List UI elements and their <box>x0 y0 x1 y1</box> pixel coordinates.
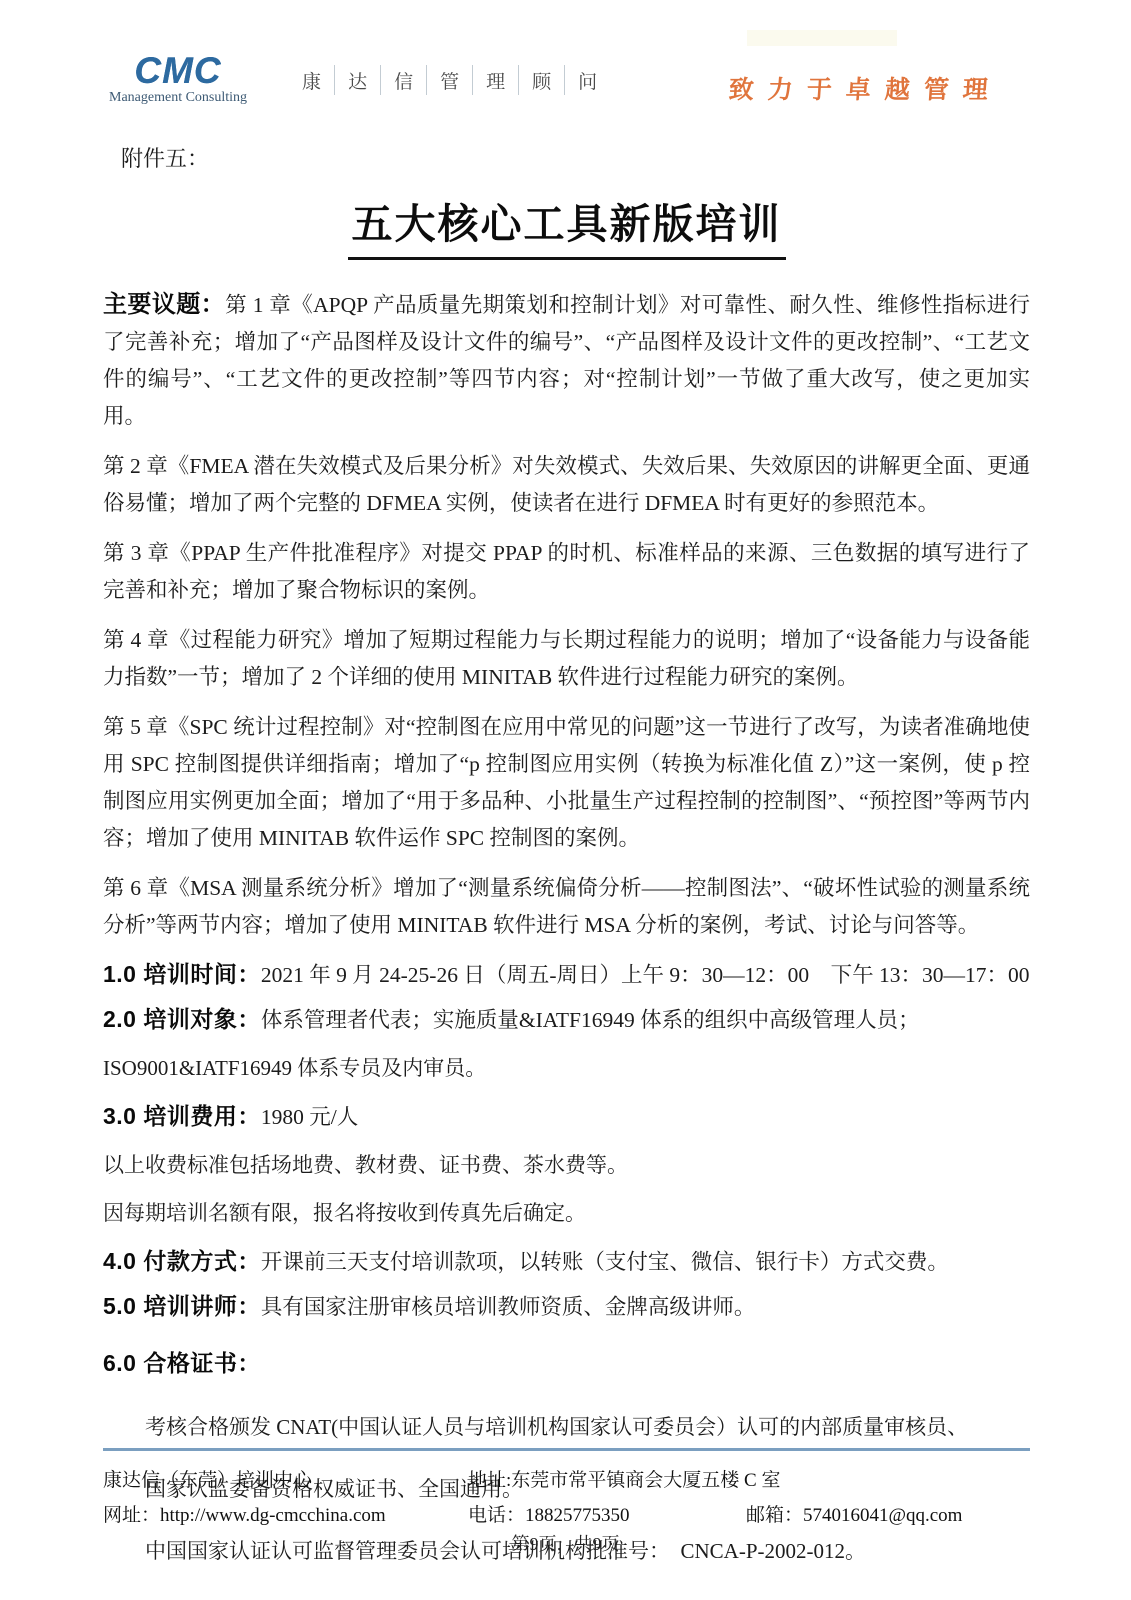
section-fee-sub-1: 以上收费标准包括场地费、教材费、证书费、茶水费等。 <box>103 1148 1030 1182</box>
cmc-logo-text: CMC <box>134 54 221 88</box>
footer-center-name: 康达信（东莞）培训中心 <box>103 1465 468 1492</box>
paragraph-chapter-5: 第 5 章《SPC 统计过程控制》对“控制图在应用中常见的问题”这一节进行了改写… <box>103 709 1030 857</box>
section-fee-sub-2: 因每期培训名额有限，报名将按收到传真先后确定。 <box>103 1196 1030 1230</box>
section-text: 2021 年 9 月 24-25-26 日（周五-周日）上午 9：30—12：0… <box>261 963 1030 987</box>
section-label: 4.0 付款方式： <box>103 1248 261 1274</box>
document-page: CMC Management Consulting 康达信管理顾问 致力于卓越管… <box>0 0 1131 1600</box>
cream-highlight-strip <box>747 30 897 46</box>
paragraph-chapter-2: 第 2 章《FMEA 潜在失效模式及后果分析》对失效模式、失效后果、失效原因的讲… <box>103 448 1030 522</box>
paragraph-main-topics: 主要议题：第 1 章《APQP 产品质量先期策划和控制计划》对可靠性、耐久性、维… <box>103 286 1030 435</box>
section-text: 具有国家注册审核员培训教师资质、金牌高级讲师。 <box>261 1295 756 1319</box>
brand-char: 管 <box>427 67 472 94</box>
brand-name: 康达信管理顾问 <box>289 65 610 95</box>
section-label: 6.0 合格证书： <box>103 1350 261 1376</box>
section-training-audience: 2.0 培训对象：体系管理者代表；实施质量&IATF16949 体系的组织中高级… <box>103 1002 1030 1037</box>
cmc-logo-subtitle: Management Consulting <box>109 90 247 106</box>
section-audience-sub: ISO9001&IATF16949 体系专员及内审员。 <box>103 1051 1030 1085</box>
footer-divider <box>103 1448 1030 1451</box>
brand-char: 信 <box>381 67 426 94</box>
paragraph-text: 第 2 章《FMEA 潜在失效模式及后果分析》对失效模式、失效后果、失效原因的讲… <box>103 454 1030 515</box>
section-label: 5.0 培训讲师： <box>103 1293 261 1319</box>
slogan-area: 致力于卓越管理 <box>729 42 1002 106</box>
paragraph-chapter-3: 第 3 章《PPAP 生产件批准程序》对提交 PPAP 的时机、标准样品的来源、… <box>103 535 1030 609</box>
page-header: CMC Management Consulting 康达信管理顾问 致力于卓越管… <box>103 42 1030 118</box>
brand-char: 理 <box>473 67 518 94</box>
section-training-fee: 3.0 培训费用：1980 元/人 <box>103 1099 1030 1134</box>
section-text: 体系管理者代表；实施质量&IATF16949 体系的组织中高级管理人员； <box>261 1008 920 1032</box>
cmc-logo: CMC Management Consulting <box>109 54 247 106</box>
page-footer: 康达信（东莞）培训中心 地址:东莞市常平镇商会大厦五楼 C 室 网址：http:… <box>103 1448 1030 1527</box>
section-label: 1.0 培训时间： <box>103 961 261 987</box>
section-label: 3.0 培训费用： <box>103 1103 261 1129</box>
page-number: 第9页，共9页 <box>0 1530 1131 1556</box>
brand-char: 达 <box>335 67 380 94</box>
section-certificate: 6.0 合格证书： <box>103 1346 1030 1381</box>
certificate-sub-1: 考核合格颁发 CNAT(中国认证人员与培训机构国家认可委员会）认可的内部质量审核… <box>145 1411 1030 1443</box>
footer-website: 网址：http://www.dg-cmcchina.com <box>103 1500 468 1527</box>
brand-char: 康 <box>289 67 334 94</box>
main-topics-label: 主要议题： <box>103 291 225 318</box>
attachment-label: 附件五： <box>121 142 1030 173</box>
brand-char: 问 <box>565 67 610 94</box>
paragraph-text: 第 5 章《SPC 统计过程控制》对“控制图在应用中常见的问题”这一节进行了改写… <box>103 715 1030 850</box>
section-training-time: 1.0 培训时间：2021 年 9 月 24-25-26 日（周五-周日）上午 … <box>103 957 1030 992</box>
footer-phone: 电话：18825775350 <box>468 1500 746 1527</box>
paragraph-chapter-6: 第 6 章《MSA 测量系统分析》增加了“测量系统偏倚分析——控制图法”、“破坏… <box>103 870 1030 944</box>
paragraph-text: 第 3 章《PPAP 生产件批准程序》对提交 PPAP 的时机、标准样品的来源、… <box>103 541 1030 602</box>
document-title: 五大核心工具新版培训 <box>348 191 786 260</box>
paragraph-text: 第 1 章《APQP 产品质量先期策划和控制计划》对可靠性、耐久性、维修性指标进… <box>103 293 1030 428</box>
section-lecturer: 5.0 培训讲师：具有国家注册审核员培训教师资质、金牌高级讲师。 <box>103 1289 1030 1324</box>
paragraph-chapter-4: 第 4 章《过程能力研究》增加了短期过程能力与长期过程能力的说明；增加了“设备能… <box>103 622 1030 696</box>
section-text: 开课前三天支付培训款项，以转账（支付宝、微信、银行卡）方式交费。 <box>261 1250 949 1274</box>
paragraph-text: 第 4 章《过程能力研究》增加了短期过程能力与长期过程能力的说明；增加了“设备能… <box>103 628 1030 689</box>
section-label: 2.0 培训对象： <box>103 1006 261 1032</box>
footer-email: 邮箱：574016041@qq.com <box>746 1500 1030 1527</box>
section-payment-method: 4.0 付款方式：开课前三天支付培训款项，以转账（支付宝、微信、银行卡）方式交费… <box>103 1244 1030 1279</box>
paragraph-text: 第 6 章《MSA 测量系统分析》增加了“测量系统偏倚分析——控制图法”、“破坏… <box>103 876 1030 937</box>
brand-char: 顾 <box>519 67 564 94</box>
footer-address: 地址:东莞市常平镇商会大厦五楼 C 室 <box>468 1465 1030 1492</box>
section-text: 1980 元/人 <box>261 1105 358 1129</box>
company-slogan: 致力于卓越管理 <box>728 70 1004 106</box>
